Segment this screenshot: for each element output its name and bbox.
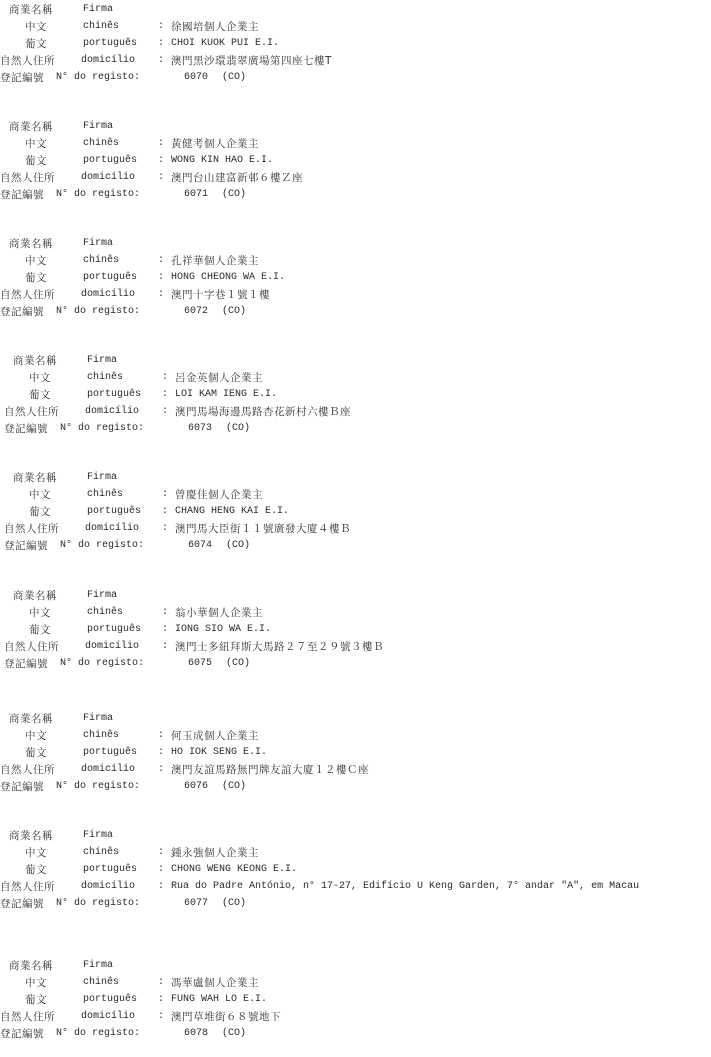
domicilio-label-pt: domicílio [81,54,135,68]
colon: : [158,54,164,68]
registo-label-zh: 登記編號 [4,539,48,553]
registo-code: (CO) [226,657,250,671]
colon: : [158,993,164,1007]
domicile-value: 澳門草堆街６８號地下 [171,1010,281,1024]
domicilio-label-zh: 自然人住所 [4,405,59,419]
chines-label-pt: chinês [83,976,119,990]
portugues-label-zh: 葡文 [29,388,51,402]
registo-code: (CO) [222,897,246,911]
chinese-name-value: 何玉成個人企業主 [171,729,259,743]
colon: : [158,846,164,860]
colon: : [162,388,168,402]
firma-label-pt: Firma [83,237,113,251]
domicilio-label-zh: 自然人住所 [0,171,55,185]
domicilio-label-pt: domicílio [81,880,135,894]
colon: : [158,254,164,268]
domicilio-label-zh: 自然人住所 [0,288,55,302]
chines-label-zh: 中文 [29,488,51,502]
chines-label-zh: 中文 [29,371,51,385]
firma-label-zh: 商業名稱 [13,354,57,368]
registo-number: 6074 [188,539,212,553]
portugues-label-pt: português [87,388,141,402]
firma-label-pt: Firma [87,471,117,485]
colon: : [158,271,164,285]
firma-label-pt: Firma [87,589,117,603]
chinese-name-value: 馮華盧個人企業主 [171,976,259,990]
colon: : [162,505,168,519]
colon: : [162,606,168,620]
domicilio-label-pt: domicílio [85,522,139,536]
firma-label-zh: 商業名稱 [9,712,53,726]
chines-label-pt: chinês [83,846,119,860]
portugues-label-pt: português [83,863,137,877]
registo-code: (CO) [222,305,246,319]
domicilio-label-zh: 自然人住所 [0,54,55,68]
chinese-name-value: 黃健考個人企業主 [171,137,259,151]
firma-label-zh: 商業名稱 [13,471,57,485]
colon: : [162,623,168,637]
registo-code: (CO) [222,780,246,794]
registo-label-zh: 登記編號 [0,780,44,794]
colon: : [158,288,164,302]
domicile-value: 澳門馬場海邊馬路杏花新村六樓Ｂ座 [175,405,351,419]
registo-label-pt: N° do registo: [60,539,144,553]
registo-label-pt: N° do registo: [60,657,144,671]
portugues-label-pt: português [83,993,137,1007]
chines-label-zh: 中文 [25,976,47,990]
chinese-name-value: 孔祥華個人企業主 [171,254,259,268]
firma-label-zh: 商業名稱 [9,3,53,17]
firma-label-zh: 商業名稱 [13,589,57,603]
firma-label-pt: Firma [87,354,117,368]
domicile-value: 澳門士多紐拜斯大馬路２７至２９號３樓Ｂ [175,640,384,654]
colon: : [162,405,168,419]
portuguese-name-value: CHONG WENG KEONG E.I. [171,863,297,877]
chines-label-pt: chinês [83,729,119,743]
chines-label-pt: chinês [83,254,119,268]
chines-label-zh: 中文 [25,254,47,268]
colon: : [162,488,168,502]
registo-number: 6075 [188,657,212,671]
registo-number: 6077 [184,897,208,911]
registo-number: 6078 [184,1027,208,1041]
domicilio-label-zh: 自然人住所 [0,763,55,777]
chinese-name-value: 徐國培個人企業主 [171,20,259,34]
portugues-label-zh: 葡文 [25,863,47,877]
chinese-name-value: 曾慶佳個人企業主 [175,488,263,502]
chines-label-zh: 中文 [25,137,47,151]
firma-label-pt: Firma [83,120,113,134]
colon: : [162,640,168,654]
registo-number: 6076 [184,780,208,794]
firma-label-zh: 商業名稱 [9,120,53,134]
chinese-name-value: 鍾永強個人企業主 [171,846,259,860]
colon: : [158,137,164,151]
colon: : [158,171,164,185]
registo-code: (CO) [226,422,250,436]
domicile-value: 澳門台山建富新邨６樓Ｚ座 [171,171,303,185]
firma-label-zh: 商業名稱 [9,959,53,973]
portugues-label-zh: 葡文 [25,37,47,51]
domicilio-label-pt: domicílio [85,640,139,654]
portuguese-name-value: IONG SIO WA E.I. [175,623,271,637]
registo-label-pt: N° do registo: [56,897,140,911]
chines-label-zh: 中文 [25,846,47,860]
registo-number: 6073 [188,422,212,436]
portugues-label-pt: português [83,37,137,51]
portugues-label-pt: português [83,154,137,168]
registo-number: 6070 [184,71,208,85]
domicilio-label-pt: domicílio [81,288,135,302]
registo-label-pt: N° do registo: [56,71,140,85]
registo-code: (CO) [222,71,246,85]
chines-label-pt: chinês [87,606,123,620]
domicilio-label-zh: 自然人住所 [0,1010,55,1024]
portugues-label-pt: português [87,505,141,519]
registo-label-zh: 登記編號 [0,188,44,202]
portugues-label-zh: 葡文 [25,993,47,1007]
domicilio-label-pt: domicílio [81,1010,135,1024]
firma-label-zh: 商業名稱 [9,829,53,843]
chines-label-pt: chinês [83,137,119,151]
registo-code: (CO) [226,539,250,553]
portugues-label-zh: 葡文 [29,623,51,637]
colon: : [158,20,164,34]
portugues-label-pt: português [83,271,137,285]
portuguese-name-value: LOI KAM IENG E.I. [175,388,277,402]
colon: : [158,37,164,51]
firma-label-pt: Firma [83,712,113,726]
registo-label-pt: N° do registo: [56,188,140,202]
registo-label-zh: 登記編號 [0,897,44,911]
portugues-label-zh: 葡文 [25,154,47,168]
registo-label-zh: 登記編號 [0,71,44,85]
chinese-name-value: 翁小華個人企業主 [175,606,263,620]
domicilio-label-pt: domicílio [81,763,135,777]
portugues-label-pt: português [83,746,137,760]
registo-code: (CO) [222,188,246,202]
registo-label-zh: 登記編號 [0,1027,44,1041]
portuguese-name-value: WONG KIN HAO E.I. [171,154,273,168]
domicilio-label-pt: domicílio [85,405,139,419]
chines-label-pt: chinês [83,20,119,34]
colon: : [162,371,168,385]
portugues-label-zh: 葡文 [25,746,47,760]
portuguese-name-value: CHANG HENG KAI E.I. [175,505,289,519]
chines-label-zh: 中文 [29,606,51,620]
portugues-label-zh: 葡文 [29,505,51,519]
registo-label-zh: 登記編號 [0,305,44,319]
domicilio-label-zh: 自然人住所 [4,522,59,536]
chines-label-pt: chinês [87,488,123,502]
firma-label-zh: 商業名稱 [9,237,53,251]
chinese-name-value: 呂金英個人企業主 [175,371,263,385]
registo-number: 6071 [184,188,208,202]
colon: : [158,863,164,877]
chines-label-zh: 中文 [25,20,47,34]
domicilio-label-zh: 自然人住所 [4,640,59,654]
registo-code: (CO) [222,1027,246,1041]
firma-label-pt: Firma [83,829,113,843]
registo-label-pt: N° do registo: [56,1027,140,1041]
firma-label-pt: Firma [83,3,113,17]
colon: : [158,880,164,894]
registo-label-pt: N° do registo: [56,780,140,794]
colon: : [158,746,164,760]
registo-label-zh: 登記編號 [4,422,48,436]
portugues-label-pt: português [87,623,141,637]
chines-label-zh: 中文 [25,729,47,743]
domicile-value: 澳門馬大臣街１１號廣發大廈４樓Ｂ [175,522,351,536]
portuguese-name-value: HO IOK SENG E.I. [171,746,267,760]
registo-label-zh: 登記編號 [4,657,48,671]
registo-label-pt: N° do registo: [56,305,140,319]
colon: : [162,522,168,536]
registo-label-pt: N° do registo: [60,422,144,436]
portuguese-name-value: HONG CHEONG WA E.I. [171,271,285,285]
colon: : [158,976,164,990]
chines-label-pt: chinês [87,371,123,385]
colon: : [158,154,164,168]
registo-number: 6072 [184,305,208,319]
domicilio-label-pt: domicílio [81,171,135,185]
colon: : [158,763,164,777]
domicile-value: 澳門十字巷１號１樓 [171,288,270,302]
domicilio-label-zh: 自然人住所 [0,880,55,894]
firma-label-pt: Firma [83,959,113,973]
domicile-value: 澳門黑沙環翡翠廣場第四座七樓T [171,54,332,68]
portuguese-name-value: FUNG WAH LO E.I. [171,993,267,1007]
domicile-value: 澳門友誼馬路無門牌友誼大廈１２樓Ｃ座 [171,763,369,777]
colon: : [158,729,164,743]
portuguese-name-value: CHOI KUOK PUI E.I. [171,37,279,51]
domicile-value: Rua do Padre António, n° 17-27, Edifício… [171,880,639,894]
colon: : [158,1010,164,1024]
portugues-label-zh: 葡文 [25,271,47,285]
